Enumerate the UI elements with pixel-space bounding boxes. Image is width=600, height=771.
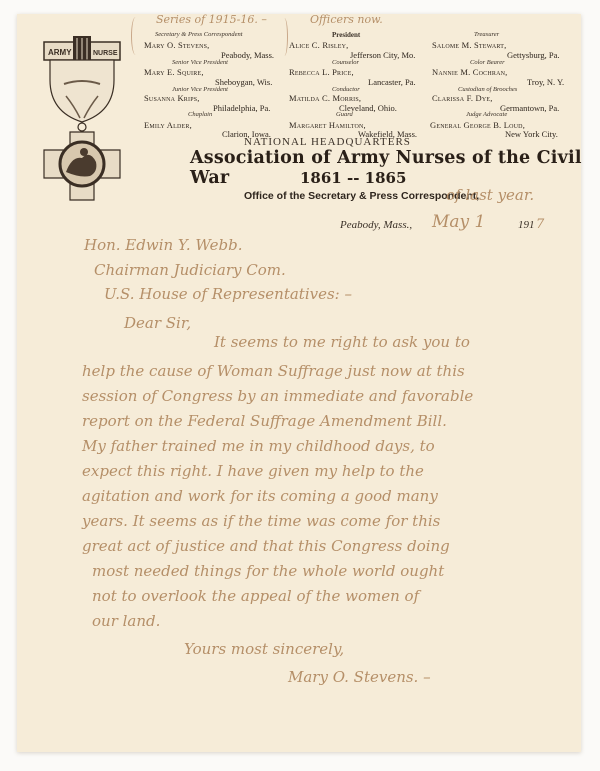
salutation: Dear Sir, [124, 314, 191, 332]
year-prefix: 191 [518, 219, 535, 231]
officer-name: Nannie M. Cochran, [432, 67, 507, 77]
address-line: Chairman Judiciary Com. [94, 261, 286, 279]
officer-place: Troy, N. Y. [527, 77, 564, 87]
officer-place: New York City. [505, 129, 558, 139]
badge-right-label: NURSE [93, 50, 118, 57]
city-label: Peabody, Mass., [340, 219, 412, 231]
body-line: agitation and work for its coming a good… [82, 487, 438, 505]
officer-name: Emily Alder, [144, 120, 192, 130]
body-line: great act of justice and that this Congr… [82, 537, 450, 555]
officer-role: Custodian of Brooches [458, 86, 517, 93]
annotation-of-last-year: of last year. [446, 186, 534, 204]
army-nurse-medal-icon: ARMY NURSE [40, 32, 124, 204]
years-label: 1861 -- 1865 [300, 169, 406, 187]
officer-name: Salome M. Stewart, [432, 40, 506, 50]
officer-place: Germantown, Pa. [500, 103, 559, 113]
address-line: U.S. House of Representatives: – [104, 285, 352, 303]
officer-role: Treasurer [474, 31, 499, 38]
officer-name: Clarissa F. Dye, [432, 93, 493, 103]
body-line: our land. [92, 612, 160, 630]
officer-place: Jefferson City, Mo. [350, 50, 415, 60]
body-line: It seems to me right to ask you to [214, 333, 470, 351]
signature: Mary O. Stevens. – [288, 668, 431, 686]
officer-role: Secretary & Press Correspondent [155, 31, 243, 38]
body-line: help the cause of Woman Suffrage just no… [82, 362, 465, 380]
body-line: most needed things for the whole world o… [92, 562, 444, 580]
officer-place: Lancaster, Pa. [368, 77, 416, 87]
officer-place: Philadelphia, Pa. [213, 103, 270, 113]
year-digit: 7 [536, 217, 544, 232]
annotation-bracket-right [281, 18, 288, 56]
officer-name: Margaret Hamilton, [289, 120, 366, 130]
annotation-officers-now: Officers now. [310, 13, 383, 26]
office-label: Office of the Secretary & Press Correspo… [244, 190, 479, 202]
annotation-bracket-left [131, 17, 140, 55]
address-line: Hon. Edwin Y. Webb. [84, 236, 242, 254]
body-line: expect this right. I have given my help … [82, 462, 424, 480]
officer-name: Rebecca L. Price, [289, 67, 354, 77]
officer-role: Junior Vice President [172, 86, 228, 93]
officer-name: Susanna Krips, [144, 93, 200, 103]
handwritten-date: May 1 [432, 212, 485, 232]
officer-role: Judge Advocate [466, 111, 507, 118]
badge-left-label: ARMY [48, 48, 72, 57]
officer-place: Peabody, Mass. [221, 50, 274, 60]
headquarters-label: NATIONAL HEADQUARTERS [244, 136, 411, 148]
officer-name: Matilda C. Morris, [289, 93, 361, 103]
officer-role: Guard [336, 111, 353, 118]
body-line: report on the Federal Suffrage Amendment… [82, 412, 447, 430]
officer-role: Conductor [332, 86, 360, 93]
body-line: My father trained me in my childhood day… [82, 437, 435, 455]
officer-role: Counselor [332, 59, 359, 66]
officer-role: President [332, 31, 360, 39]
officer-place: Gettysburg, Pa. [507, 50, 560, 60]
officer-name: Alice C. Risley, [289, 40, 349, 50]
body-line: session of Congress by an immediate and … [82, 387, 473, 405]
officer-role: Color Bearer [470, 59, 505, 66]
officer-name: Mary O. Stevens, [144, 40, 209, 50]
body-line: not to overlook the appeal of the women … [92, 587, 419, 605]
officer-name: Mary E. Squire, [144, 67, 204, 77]
officer-role: Senior Vice President [172, 59, 228, 66]
annotation-series: Series of 1915-16. – [156, 13, 267, 26]
closing: Yours most sincerely, [184, 640, 344, 658]
officer-role: Chaplain [188, 111, 212, 118]
body-line: years. It seems as if the time was come … [82, 512, 440, 530]
